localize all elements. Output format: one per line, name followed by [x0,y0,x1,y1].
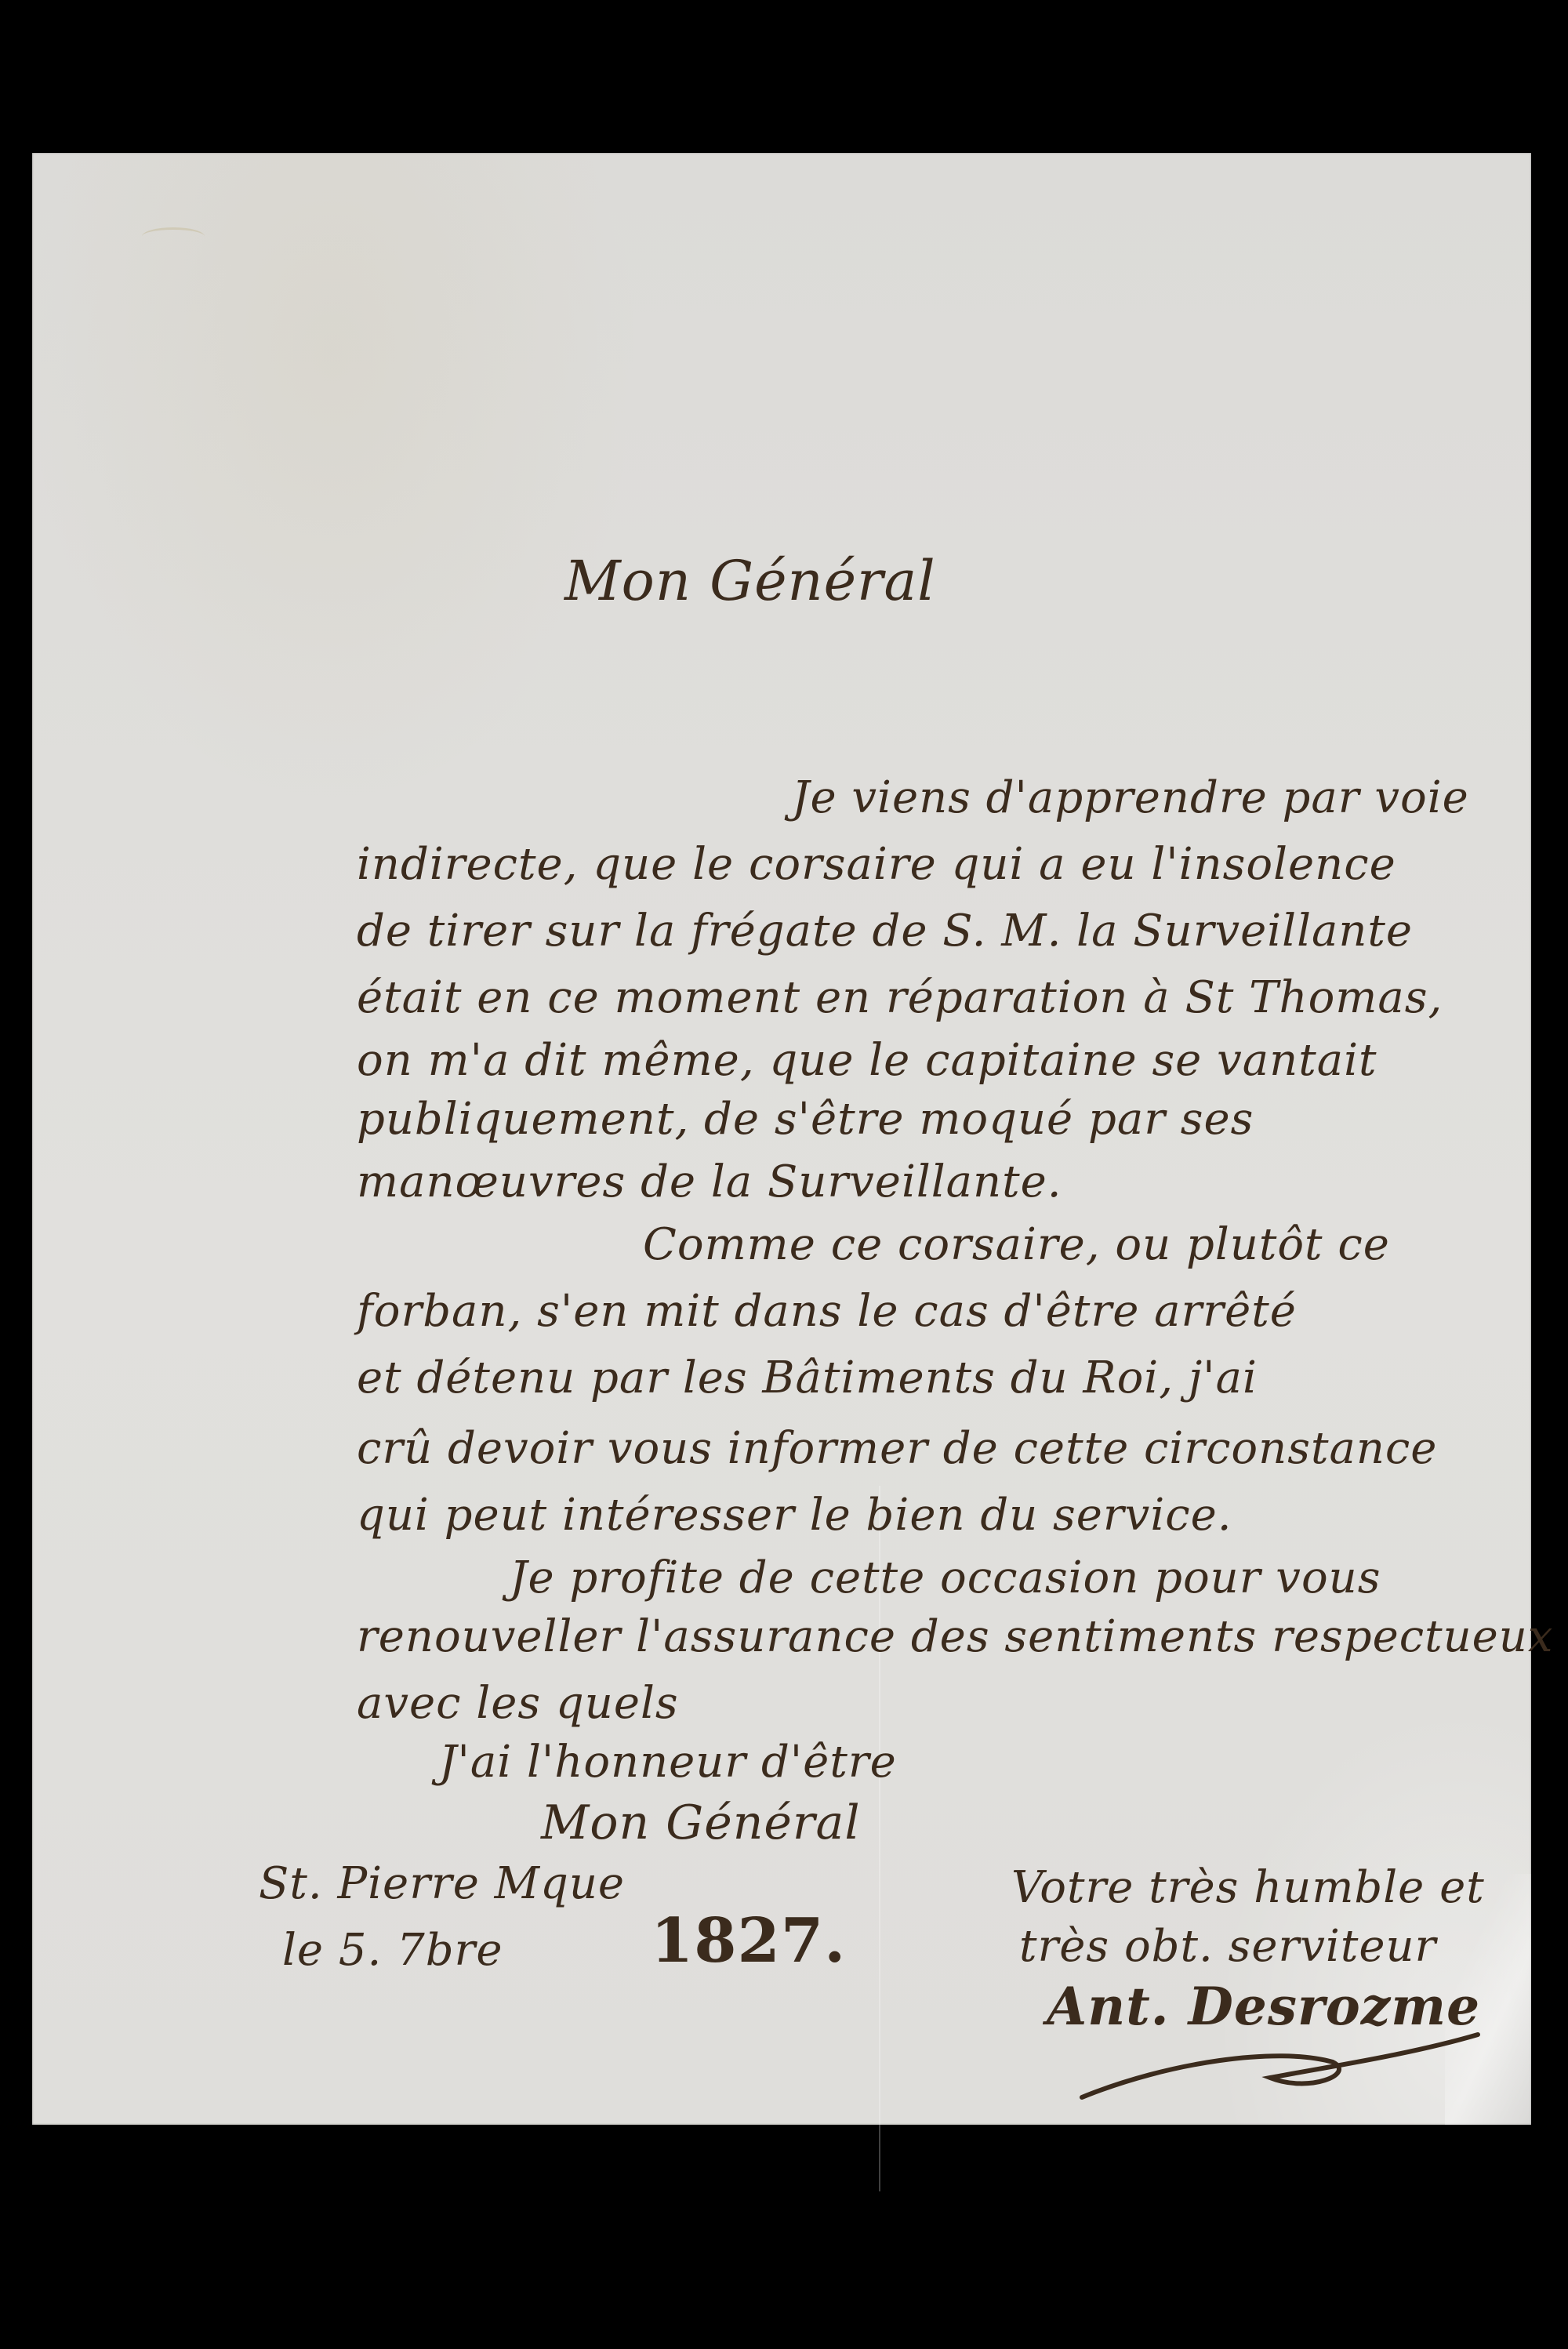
body-line: Je viens d'apprendre par voie [792,776,1469,820]
letter-salutation: Mon Général [564,549,936,613]
signoff-line-2: très obt. serviteur [1019,1925,1436,1969]
body-line: Je profite de cette occasion pour vous [510,1556,1381,1600]
body-line: forban, s'en mit dans le cas d'être arrê… [357,1290,1297,1334]
closing-salutation: Mon Général [541,1795,861,1850]
body-line: manœuvres de la Surveillante. [357,1160,1062,1204]
body-line: Comme ce corsaire, ou plutôt ce [643,1223,1390,1267]
body-line: publiquement, de s'être moqué par ses [357,1098,1254,1142]
paper-stain [142,227,205,245]
place-line: St. Pierre Mque [259,1858,625,1909]
signature-flourish-icon [1074,2031,1482,2101]
closing-line-1: J'ai l'honneur d'être [439,1741,897,1784]
body-line: et détenu par les Bâtiments du Roi, j'ai [357,1356,1258,1400]
body-line: indirecte, que le corsaire qui a eu l'in… [357,843,1396,887]
body-line: crû devoir vous informer de cette circon… [357,1427,1437,1471]
body-line: renouveller l'assurance des sentiments r… [357,1615,1553,1659]
body-line: de tirer sur la frégate de S. M. la Surv… [357,909,1413,953]
signoff-line-1: Votre très humble et [1011,1866,1485,1910]
signature: Ant. Desrozme [1047,1976,1480,2037]
date-year: 1827. [651,1905,846,1977]
body-line: qui peut intéresser le bien du service. [357,1494,1232,1538]
body-line: on m'a dit même, que le capitaine se van… [357,1039,1377,1083]
body-line: avec les quels [357,1682,679,1726]
body-line: était en ce moment en réparation à St Th… [357,976,1443,1020]
date-line: le 5. 7bre [282,1925,503,1976]
